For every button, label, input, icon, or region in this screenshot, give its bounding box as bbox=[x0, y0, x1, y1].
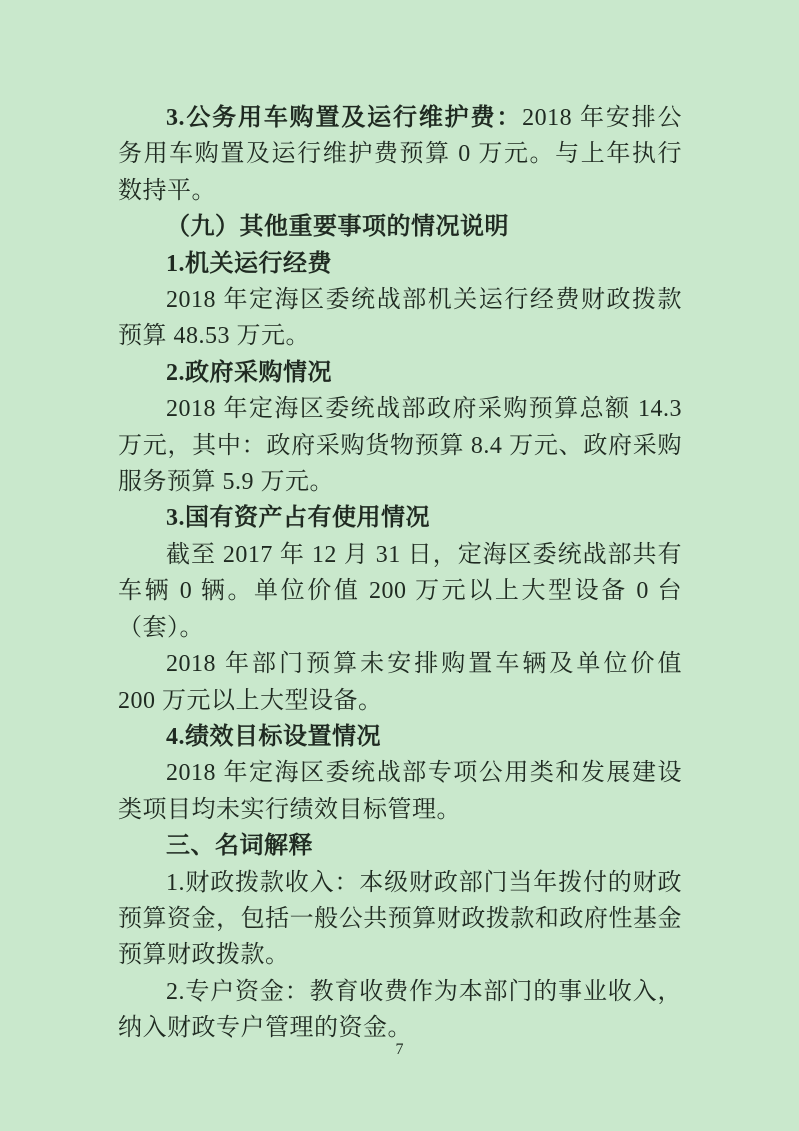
document-body: 3.公务用车购置及运行维护费：2018 年安排公务用车购置及运行维护费预算 0 … bbox=[118, 100, 682, 1047]
paragraph-agency-operating-expense: 2018 年定海区委统战部机关运行经费财政拨款预算 48.53 万元。 bbox=[118, 282, 682, 355]
paragraph-no-new-purchases: 2018 年部门预算未安排购置车辆及单位价值 200 万元以上大型设备。 bbox=[118, 646, 682, 719]
run-in-heading-vehicle-expense: 3.公务用车购置及运行维护费： bbox=[166, 105, 522, 131]
paragraph-glossary-fiscal-appropriation: 1.财政拨款收入：本级财政部门当年拨付的财政预算资金，包括一般公共预算财政拨款和… bbox=[118, 865, 682, 974]
paragraph-glossary-special-account-funds: 2.专户资金：教育收费作为本部门的事业收入，纳入财政专户管理的资金。 bbox=[118, 974, 682, 1047]
paragraph-vehicle-purchase-expense: 3.公务用车购置及运行维护费：2018 年安排公务用车购置及运行维护费预算 0 … bbox=[118, 100, 682, 209]
paragraph-government-procurement: 2018 年定海区委统战部政府采购预算总额 14.3 万元，其中：政府采购货物预… bbox=[118, 391, 682, 500]
page-number: 7 bbox=[396, 1041, 404, 1058]
paragraph-vehicles-equipment-count: 截至 2017 年 12 月 31 日，定海区委统战部共有车辆 0 辆。单位价值… bbox=[118, 537, 682, 646]
document-page: 3.公务用车购置及运行维护费：2018 年安排公务用车购置及运行维护费预算 0 … bbox=[0, 0, 799, 1131]
heading-performance-targets: 4.绩效目标设置情况 bbox=[118, 719, 682, 755]
heading-agency-operating-expense: 1.机关运行经费 bbox=[118, 246, 682, 282]
heading-state-assets-usage: 3.国有资产占有使用情况 bbox=[118, 500, 682, 536]
paragraph-performance-targets: 2018 年定海区委统战部专项公用类和发展建设类项目均未实行绩效目标管理。 bbox=[118, 755, 682, 828]
page-footer: 7 bbox=[0, 1040, 799, 1060]
heading-other-important-items: （九）其他重要事项的情况说明 bbox=[118, 209, 682, 245]
heading-government-procurement: 2.政府采购情况 bbox=[118, 355, 682, 391]
heading-glossary: 三、名词解释 bbox=[118, 828, 682, 864]
